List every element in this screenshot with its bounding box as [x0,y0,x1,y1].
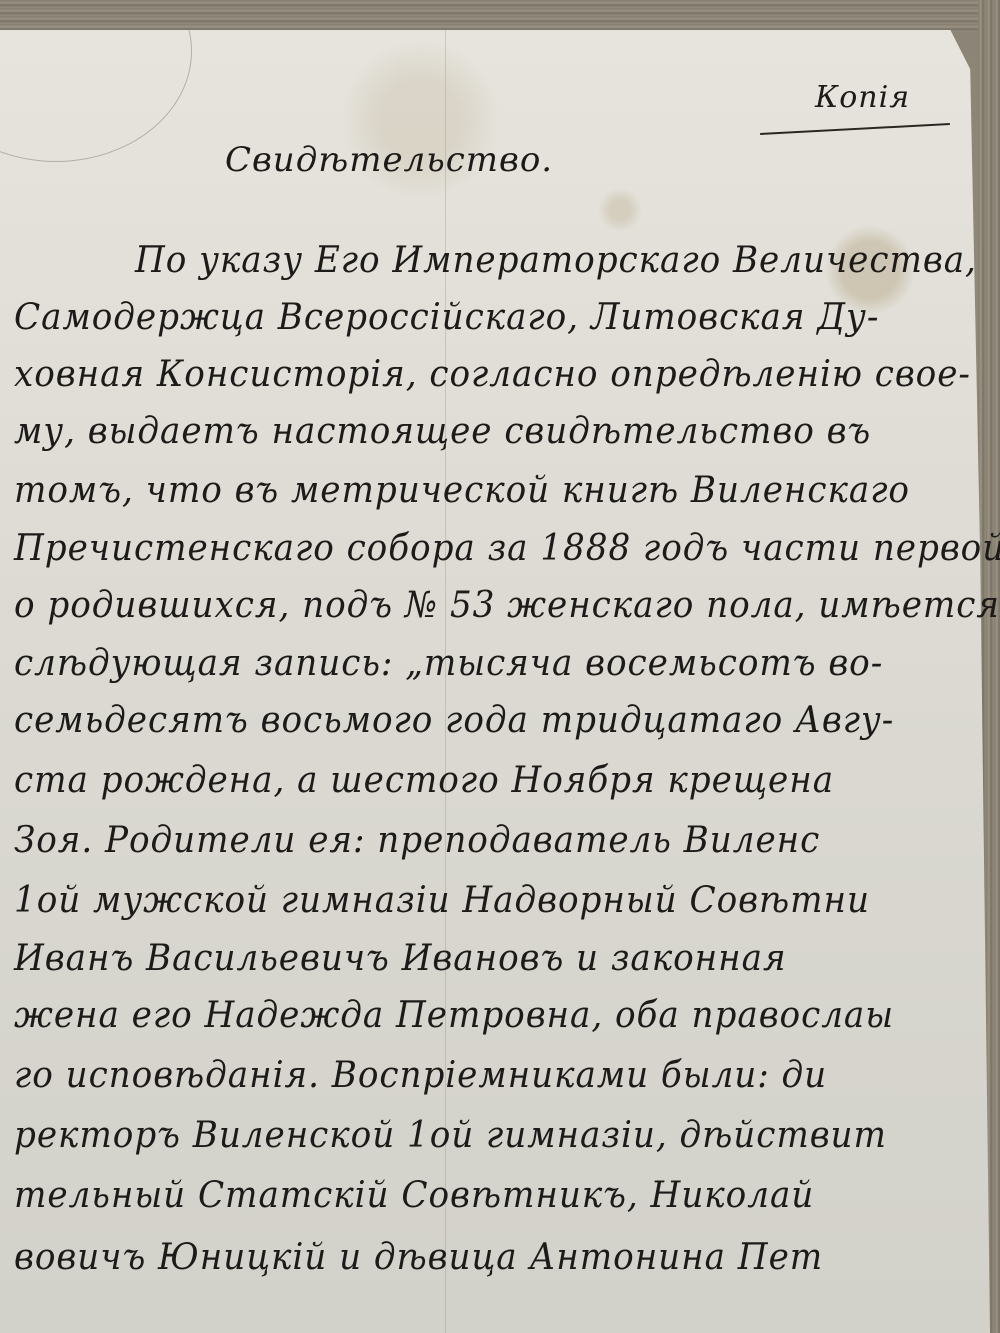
text-line: Зоя. Родители ея: преподаватель Виленс [14,820,820,861]
text-line: му, выдаетъ настоящее свидѣтельство въ [14,411,871,452]
text-line: Самодержца Всероссійскаго, Литовская Ду- [14,297,879,338]
text-line: слѣдующая запись: „тысяча восемьсотъ во- [14,643,883,684]
wooden-table-background [0,0,1000,32]
copy-mark: Копія [815,80,910,115]
text-line: тельный Статскій Совѣтникъ, Николай [14,1175,814,1216]
text-line: Иванъ Васильевичъ Ивановъ и законная [14,938,787,979]
text-line: томъ, что въ метрической книгѣ Виленскаг… [14,470,910,511]
text-line: 1ой мужской гимназіи Надворный Совѣтни [14,880,870,921]
text-line: ста рождена, а шестого Ноября крещена [14,760,834,801]
text-line: ректоръ Виленской 1ой гимназіи, дѣйствит [14,1115,887,1156]
text-line: го исповѣданія. Воспріемниками были: ди [14,1055,827,1096]
document-title: Свидѣтельство. [225,140,553,180]
text-line: семьдесятъ восьмого года тридцатаго Авгу… [14,700,894,741]
text-line: вовичъ Юницкій и дѣвица Антонина Пет [14,1237,823,1278]
text-line: Пречистенскаго собора за 1888 годъ части… [14,528,1000,569]
text-line: ховная Консисторія, согласно опредѣленію… [14,354,971,395]
text-line: жена его Надежда Петровна, оба правослаы [14,995,894,1036]
text-line: о родившихся, подъ № 53 женскаго пола, и… [14,585,1000,626]
text-line: По указу Его Императорскаго Величества, [135,240,977,281]
